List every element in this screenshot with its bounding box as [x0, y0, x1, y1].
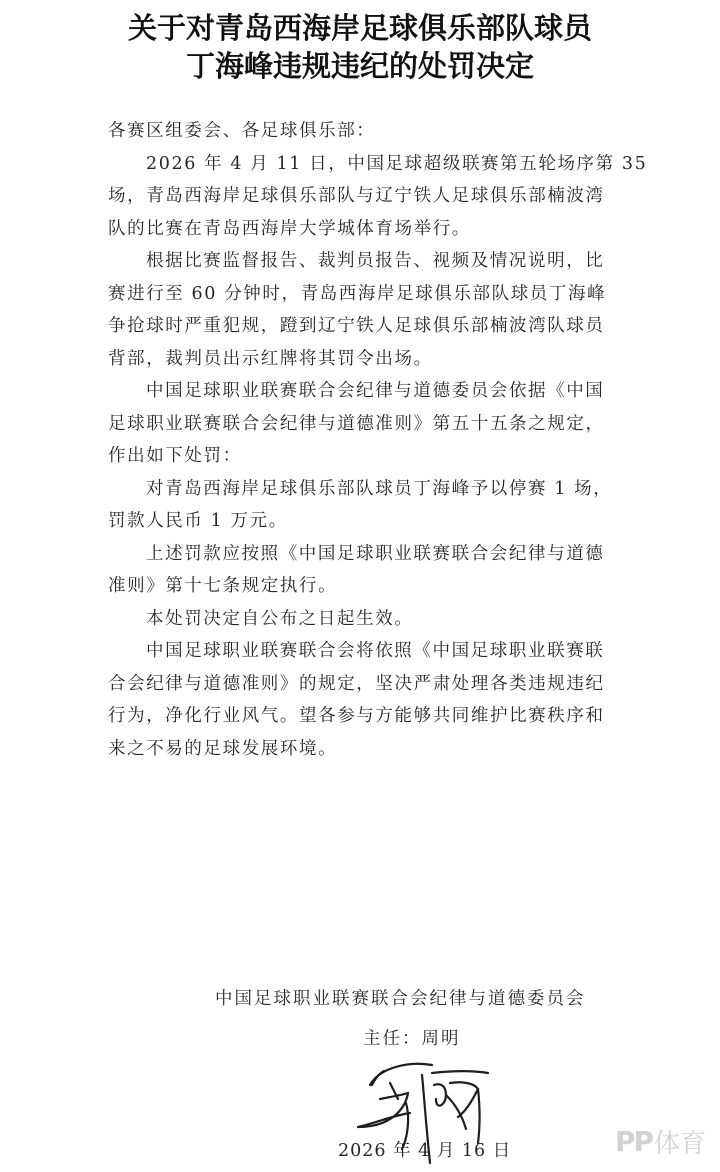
- paragraph-line: 背部，裁判员出示红牌将其罚令出场。: [108, 343, 608, 376]
- paragraph-line: 准则》第十七条规定执行。: [108, 570, 608, 603]
- pp-logo-icon: PP: [615, 1125, 652, 1158]
- paragraph-line: 罚款人民币 1 万元。: [108, 505, 608, 538]
- paragraph-line: 队的比赛在青岛西海岸大学城体育场举行。: [108, 213, 608, 246]
- signature-organization: 中国足球职业联赛联合会纪律与道德委员会: [215, 985, 586, 1010]
- paragraph-7: 中国足球职业联赛联合会将依照《中国足球职业联赛联 合会纪律与道德准则》的规定，坚…: [108, 635, 608, 765]
- paragraph-line: 场，青岛西海岸足球俱乐部队与辽宁铁人足球俱乐部楠波湾: [108, 180, 608, 213]
- paragraph-line: 对青岛西海岸足球俱乐部队球员丁海峰予以停赛 1 场，: [108, 473, 608, 506]
- signature-chair: 主任：周明: [363, 1025, 461, 1050]
- paragraph-line: 争抢球时严重犯规，蹬到辽宁铁人足球俱乐部楠波湾队球员: [108, 310, 608, 343]
- salutation: 各赛区组委会、各足球俱乐部：: [108, 115, 608, 148]
- paragraph-4: 对青岛西海岸足球俱乐部队球员丁海峰予以停赛 1 场， 罚款人民币 1 万元。: [108, 473, 608, 538]
- paragraph-3: 中国足球职业联赛联合会纪律与道德委员会依据《中国 足球职业联赛联合会纪律与道德准…: [108, 375, 608, 473]
- paragraph-line: 上述罚款应按照《中国足球职业联赛联合会纪律与道德: [108, 538, 608, 571]
- paragraph-line: 中国足球职业联赛联合会将依照《中国足球职业联赛联: [108, 635, 608, 668]
- paragraph-line: 行为，净化行业风气。望各参与方能够共同维护比赛秩序和: [108, 700, 608, 733]
- paragraph-line: 合会纪律与道德准则》的规定，坚决严肃处理各类违规违纪: [108, 668, 608, 701]
- paragraph-line: 作出如下处罚：: [108, 440, 608, 473]
- document-body: 各赛区组委会、各足球俱乐部： 2026 年 4 月 11 日，中国足球超级联赛第…: [108, 115, 608, 765]
- watermark: PP 体育: [615, 1123, 706, 1160]
- paragraph-line: 本处罚决定自公布之日起生效。: [108, 603, 608, 636]
- watermark-text: 体育: [654, 1123, 706, 1160]
- paragraph-line: 2026 年 4 月 11 日，中国足球超级联赛第五轮场序第 35: [108, 148, 608, 181]
- document-title-line-1: 关于对青岛西海岸足球俱乐部队球员: [0, 6, 720, 47]
- paragraph-line: 来之不易的足球发展环境。: [108, 733, 608, 766]
- paragraph-line: 中国足球职业联赛联合会纪律与道德委员会依据《中国: [108, 375, 608, 408]
- paragraph-1: 2026 年 4 月 11 日，中国足球超级联赛第五轮场序第 35 场，青岛西海…: [108, 148, 608, 246]
- paragraph-line: 根据比赛监督报告、裁判员报告、视频及情况说明，比: [108, 245, 608, 278]
- paragraph-6: 本处罚决定自公布之日起生效。: [108, 603, 608, 636]
- document-title-line-2: 丁海峰违规违纪的处罚决定: [0, 44, 720, 85]
- paragraph-2: 根据比赛监督报告、裁判员报告、视频及情况说明，比 赛进行至 60 分钟时，青岛西…: [108, 245, 608, 375]
- paragraph-line: 足球职业联赛联合会纪律与道德准则》第五十五条之规定，: [108, 408, 608, 441]
- paragraph-5: 上述罚款应按照《中国足球职业联赛联合会纪律与道德 准则》第十七条规定执行。: [108, 538, 608, 603]
- paragraph-line: 赛进行至 60 分钟时，青岛西海岸足球俱乐部队球员丁海峰: [108, 278, 608, 311]
- signature-date: 2026 年 4 月 16 日: [338, 1137, 511, 1162]
